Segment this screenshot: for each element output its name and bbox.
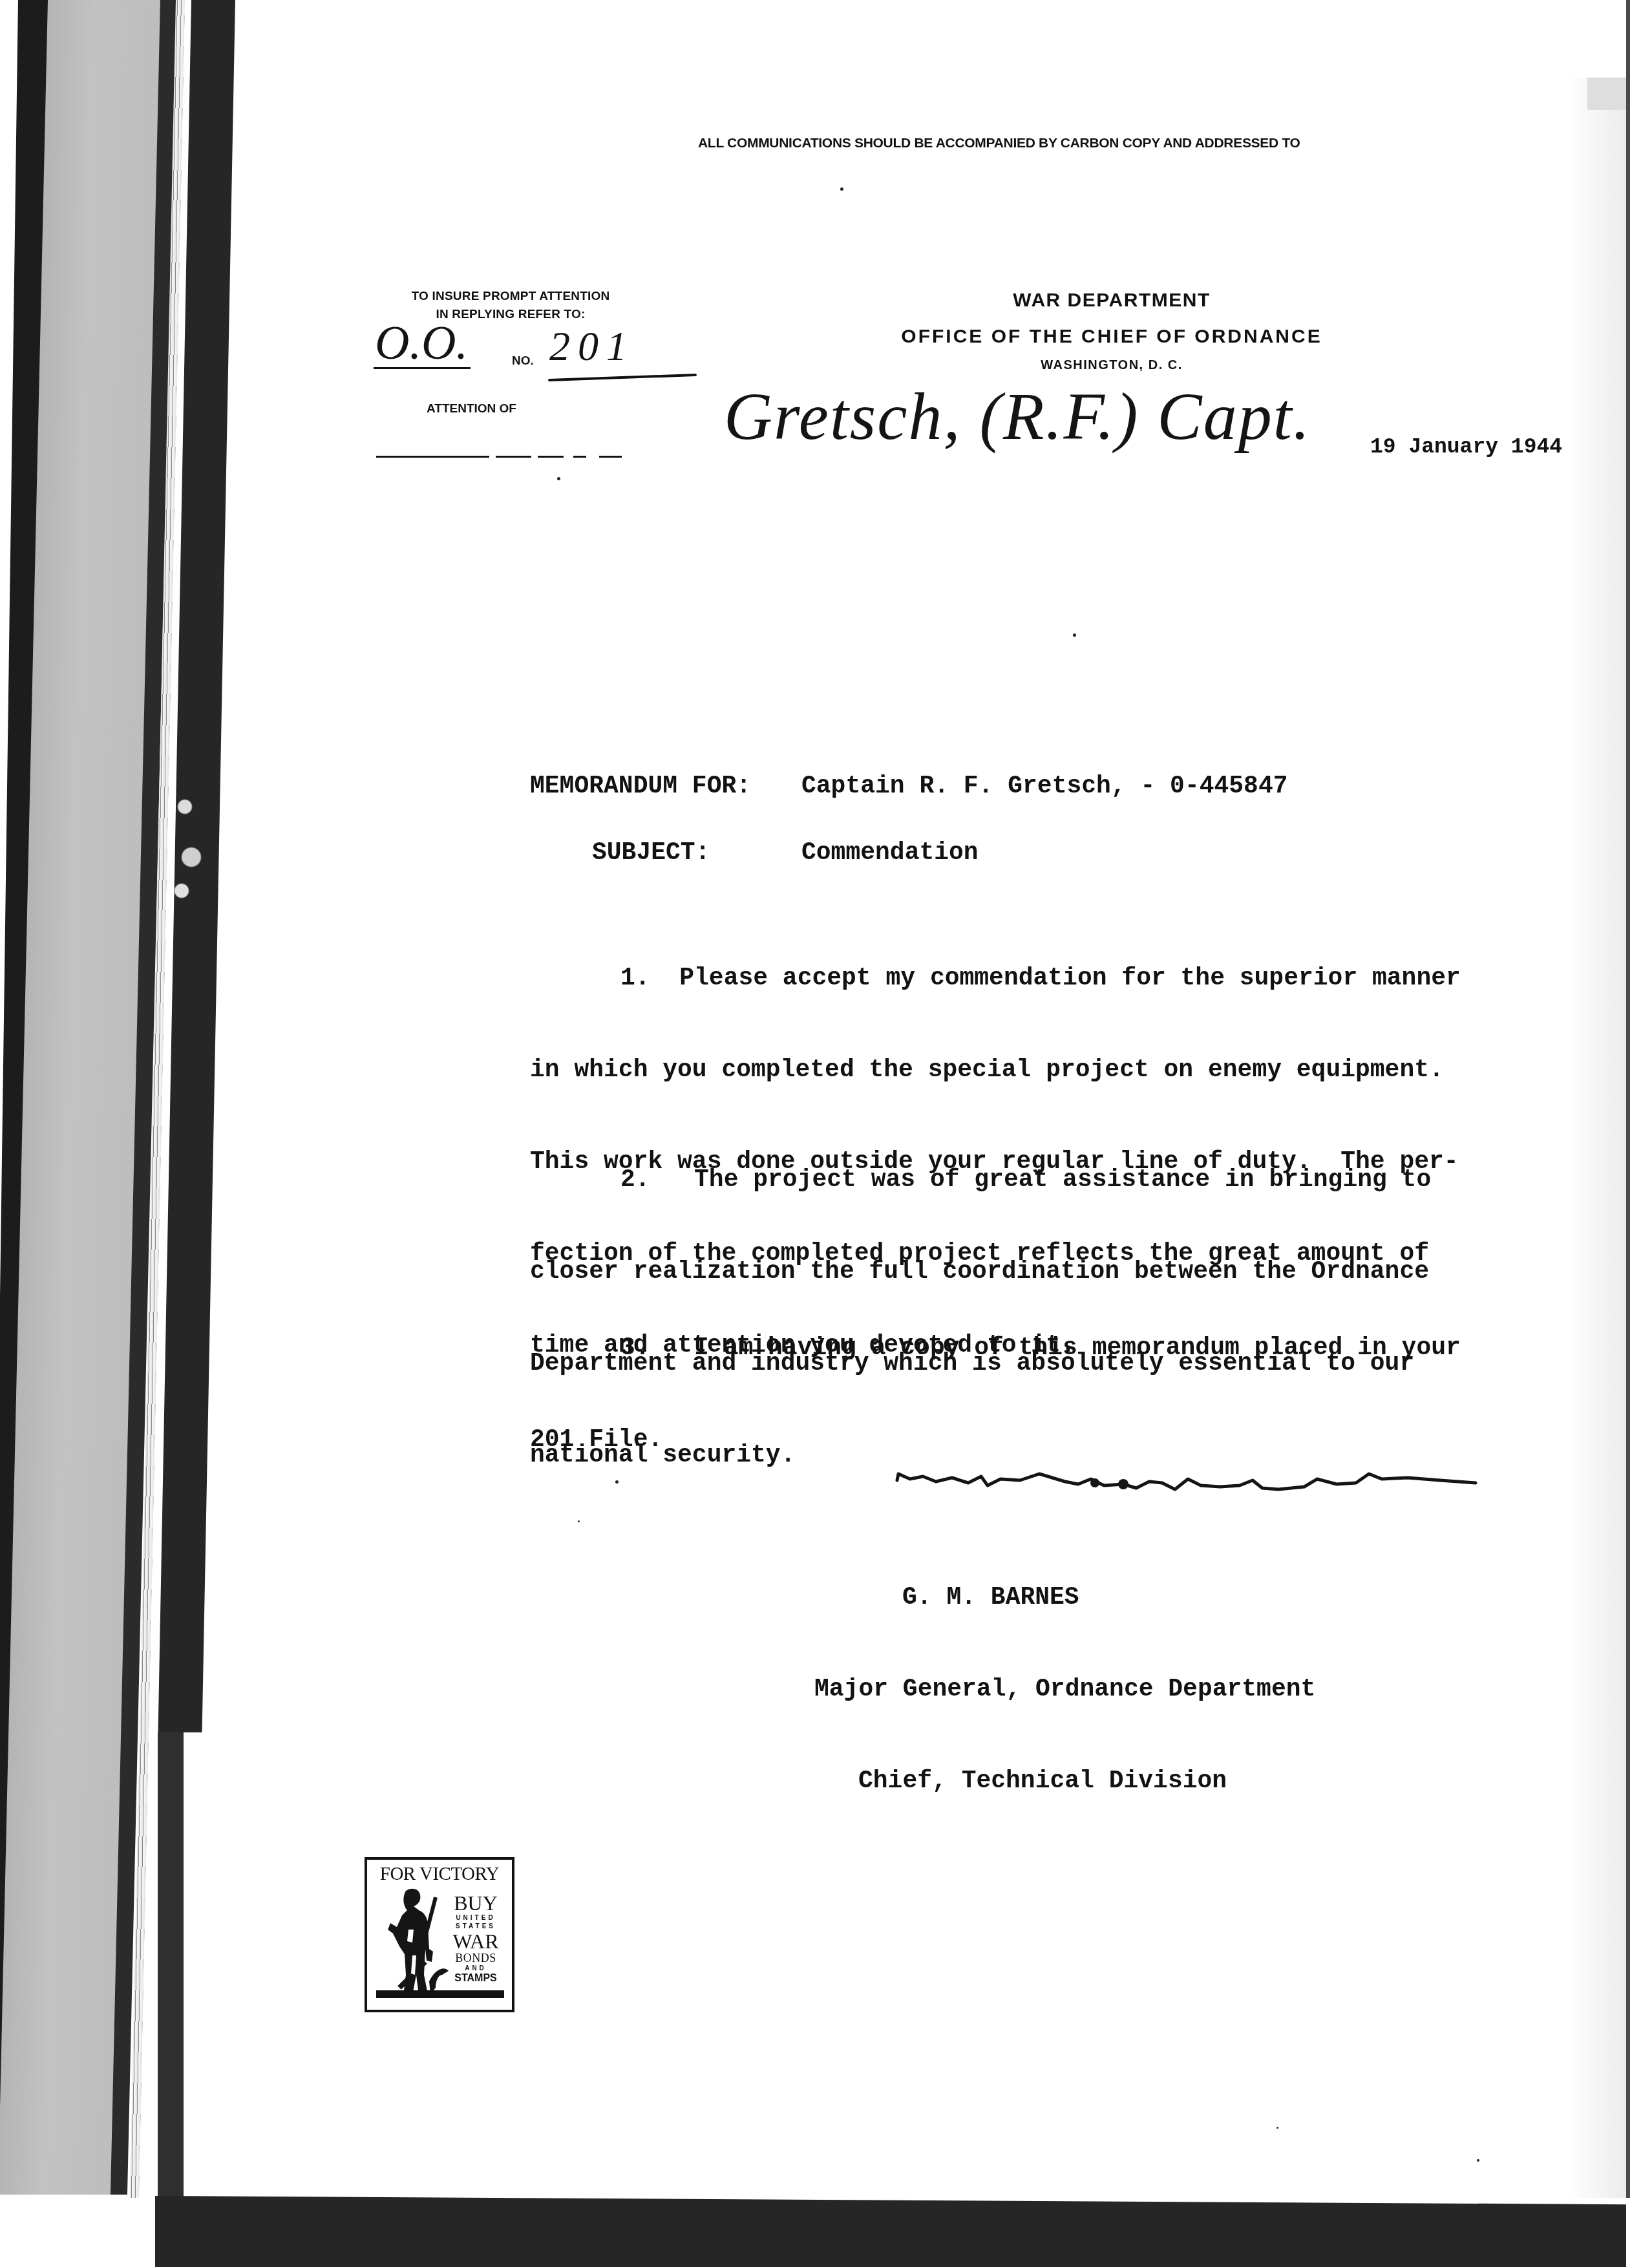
stamp-war: WAR [445, 1931, 507, 1952]
paragraph-1-line-1: 1. Please accept my commendation for the… [530, 961, 1564, 997]
paragraph-3: 3. I am having a copy of this memorandum… [530, 1275, 1564, 1486]
scan-bottom-border [155, 2196, 1626, 2267]
signer-title-1: Major General, Ordnance Department [801, 1672, 1383, 1708]
handwritten-filing-annotation: Gretsch, (R.F.) Capt. [724, 381, 1311, 452]
reference-block: TO INSURE PROMPT ATTENTION IN REPLYING R… [368, 290, 653, 380]
memo-date: 19 January 1944 [1370, 435, 1562, 459]
binding-worn-patch [172, 756, 204, 924]
signature-scrawl-icon [891, 1460, 1479, 1505]
scan-speck [1477, 2159, 1479, 2162]
scan-speck [615, 1480, 619, 1484]
stamp-slogan: BUY UNITED STATES WAR BONDS AND STAMPS [445, 1892, 507, 1985]
attention-of-label: ATTENTION OF [427, 402, 516, 416]
reference-number-label: NO. [512, 354, 534, 368]
office-city: WASHINGTON, D. C. [834, 358, 1390, 373]
reference-line-1: TO INSURE PROMPT ATTENTION [368, 290, 653, 304]
subject-line: SUBJECT:Commendation [592, 839, 979, 867]
department-header: WAR DEPARTMENT OFFICE OF THE CHIEF OF OR… [834, 290, 1390, 373]
reference-number-handwritten: 201 [549, 326, 635, 367]
department-name: WAR DEPARTMENT [834, 290, 1390, 312]
reference-underline [548, 374, 697, 381]
scan-speck [557, 477, 560, 480]
office-name: OFFICE OF THE CHIEF OF ORDNANCE [834, 326, 1390, 348]
book-binding-edge [0, 0, 271, 2267]
paragraph-text: Please accept my commendation for the su… [679, 964, 1461, 992]
stamp-and: AND [445, 1964, 507, 1973]
paragraph-text: I am having a copy of this memorandum pl… [694, 1334, 1461, 1362]
scan-right-edge [1626, 0, 1630, 2198]
stamp-stamps: STAMPS [445, 1973, 507, 1985]
attention-of-blank-line [376, 456, 622, 458]
scan-right-shading [1568, 78, 1626, 2198]
memorandum-for-label: MEMORANDUM FOR: [530, 772, 801, 800]
subject-label: SUBJECT: [592, 839, 801, 867]
stamp-base-bar [376, 1990, 504, 1998]
scan-speck [1276, 2127, 1278, 2129]
signer-title-2: Chief, Technical Division [801, 1763, 1383, 1800]
signer-name: G. M. BARNES [801, 1580, 1383, 1616]
paragraph-number: 2. [620, 1166, 650, 1194]
war-bonds-stamp: FOR VICTORY BUY UNITED STATES WAR BONDS … [365, 1857, 514, 2012]
scan-speck [840, 187, 843, 191]
stamp-buy: BUY [445, 1892, 507, 1914]
paragraph-number: 1. [620, 964, 650, 992]
stamp-bonds: BONDS [445, 1952, 507, 1964]
memorandum-for-line: MEMORANDUM FOR:Captain R. F. Gretsch, - … [530, 772, 1288, 800]
paragraph-3-line-2: 201 File. [530, 1422, 1564, 1458]
binding-cover-lower [158, 1732, 184, 2262]
scan-speck [1073, 633, 1076, 637]
paragraph-2-line-1: 2. The project was of great assistance i… [530, 1162, 1564, 1198]
paragraph-number: 3. [620, 1334, 650, 1362]
reference-prefix-handwritten: O.O. [374, 319, 471, 369]
signature-block: G. M. BARNES Major General, Ordnance Dep… [801, 1524, 1383, 1827]
stamp-headline: FOR VICTORY [367, 1864, 512, 1885]
paragraph-1-line-2: in which you completed the special proje… [530, 1052, 1564, 1089]
paragraph-3-line-1: 3. I am having a copy of this memorandum… [530, 1330, 1564, 1367]
scan-speck [578, 1520, 580, 1522]
minuteman-figure-icon [374, 1884, 451, 1999]
stamp-united: UNITED [445, 1914, 507, 1922]
scan-right-tab [1587, 78, 1626, 110]
letterhead-instruction: ALL COMMUNICATIONS SHOULD BE ACCOMPANIED… [698, 136, 1300, 151]
reference-number-row: O.O. NO. 201 [368, 322, 653, 380]
paragraph-text: The project was of great assistance in b… [694, 1166, 1431, 1194]
memorandum-recipient: Captain R. F. Gretsch, - 0-445847 [801, 772, 1288, 800]
subject-value: Commendation [801, 839, 979, 867]
